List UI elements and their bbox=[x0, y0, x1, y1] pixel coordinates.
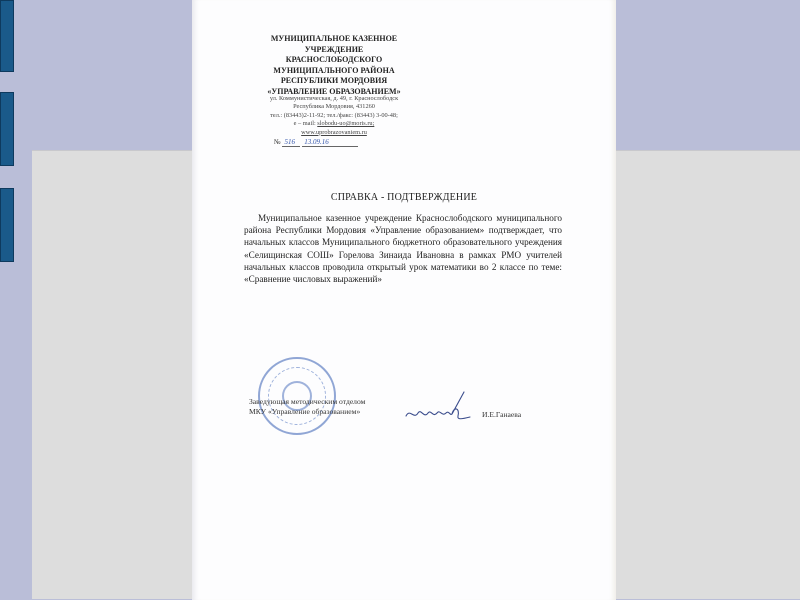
letterhead-line: УЧРЕЖДЕНИЕ bbox=[254, 45, 414, 56]
position-line-2: МКУ «Управление образованием» bbox=[249, 407, 365, 417]
position-line-1: Заведующая методическим отделом bbox=[249, 397, 365, 407]
website: www.uprobrazovaniem.ru bbox=[242, 129, 426, 137]
document-title: СПРАВКА - ПОДТВЕРЖДЕНИЕ bbox=[192, 192, 616, 203]
official-stamp-icon bbox=[258, 357, 336, 435]
email-label: e – mail: bbox=[294, 120, 318, 127]
decorative-bar-3 bbox=[0, 188, 14, 262]
decorative-bar-1 bbox=[0, 0, 14, 72]
address-line-2: Республика Мордовия, 431260 bbox=[242, 103, 426, 111]
registration-number: 516 bbox=[282, 138, 300, 147]
letterhead: МУНИЦИПАЛЬНОЕ КАЗЕННОЕ УЧРЕЖДЕНИЕ КРАСНО… bbox=[254, 34, 414, 97]
address-line-1: ул. Коммунистическая, д. 49, г. Красносл… bbox=[242, 95, 426, 103]
scanned-document: МУНИЦИПАЛЬНОЕ КАЗЕННОЕ УЧРЕЖДЕНИЕ КРАСНО… bbox=[192, 0, 616, 600]
letterhead-line: КРАСНОСЛОБОДСКОГО bbox=[254, 55, 414, 66]
letterhead-line: РЕСПУБЛИКИ МОРДОВИЯ bbox=[254, 76, 414, 87]
contact-info: ул. Коммунистическая, д. 49, г. Красносл… bbox=[242, 95, 426, 137]
letterhead-line: МУНИЦИПАЛЬНОЕ КАЗЕННОЕ bbox=[254, 34, 414, 45]
registration-date: 13.09.16 bbox=[302, 138, 358, 147]
signatory-position: Заведующая методическим отделом МКУ «Упр… bbox=[249, 397, 365, 417]
handwritten-signature-icon bbox=[402, 386, 472, 426]
letterhead-line: МУНИЦИПАЛЬНОГО РАЙОНА bbox=[254, 66, 414, 77]
email-address: slobodu-uo@moris.ru; bbox=[317, 120, 374, 127]
signer-name: И.Е.Ганаева bbox=[482, 410, 521, 419]
email-line: e – mail: slobodu-uo@moris.ru; bbox=[242, 120, 426, 128]
number-label: № bbox=[274, 138, 281, 146]
phone-line: тел.: (83443)2-11-92; тел./факс: (83443)… bbox=[242, 112, 426, 120]
registration-line: № 516 13.09.16 bbox=[274, 138, 358, 147]
document-body: Муниципальное казенное учреждение Красно… bbox=[244, 212, 562, 285]
decorative-bar-2 bbox=[0, 92, 14, 166]
